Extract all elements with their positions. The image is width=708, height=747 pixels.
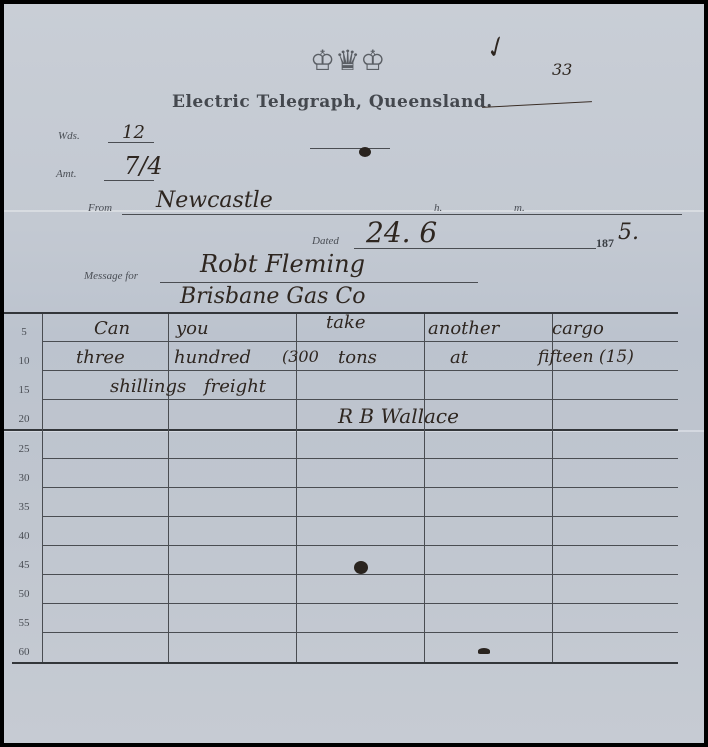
row-number: 25 <box>10 443 38 455</box>
recipient-org: Brisbane Gas Co <box>180 284 365 309</box>
grid-rule <box>42 487 678 488</box>
grid-column-rule <box>42 314 43 662</box>
amount-rule <box>104 180 154 181</box>
ink-blot <box>354 561 368 574</box>
grid-rule <box>42 632 678 633</box>
ink-blot <box>359 147 371 157</box>
message-word: at <box>450 347 468 368</box>
message-word: another <box>428 318 499 339</box>
row-number: 5 <box>10 326 38 338</box>
row-number: 60 <box>10 646 38 658</box>
row-number: 15 <box>10 384 38 396</box>
crest-icon: ♔♛♔ <box>310 44 385 78</box>
amount-value: 7/4 <box>124 152 163 180</box>
grid-rule <box>42 399 678 400</box>
message-word: fifteen (15) <box>538 347 634 367</box>
row-number: 35 <box>10 501 38 513</box>
grid-column-rule <box>424 314 425 662</box>
grid-column-rule <box>296 314 297 662</box>
dated-value: 24. 6 <box>366 216 437 249</box>
row-number: 10 <box>10 355 38 367</box>
ink-blot <box>478 648 490 654</box>
grid-rule <box>42 545 678 546</box>
row-number: 40 <box>10 530 38 542</box>
grid-rule <box>42 603 678 604</box>
message-word: cargo <box>552 318 604 339</box>
message-word: (300 <box>282 347 319 366</box>
message-word: tons <box>338 347 377 368</box>
title-flourish <box>482 101 592 108</box>
message-word: shillings <box>110 376 186 397</box>
message-for-rule <box>160 282 478 283</box>
message-word: Can <box>94 318 130 339</box>
message-for-label: Message for <box>84 270 138 282</box>
recipient-name: Robt Fleming <box>200 250 365 278</box>
message-word: you <box>176 318 209 339</box>
grid-rule <box>42 516 678 517</box>
telegram-form: ♔♛♔ Electric Telegraph, Queensland. ✓ 33… <box>4 4 704 743</box>
dated-label: Dated <box>312 235 339 247</box>
grid-rule <box>4 429 678 431</box>
message-word: take <box>326 312 366 333</box>
message-word: hundred <box>174 347 251 368</box>
row-number: 50 <box>10 588 38 600</box>
signature: R B Wallace <box>338 404 459 428</box>
row-number: 45 <box>10 559 38 571</box>
amount-label: Amt. <box>56 168 76 180</box>
from-value: Newcastle <box>156 188 273 213</box>
row-number: 30 <box>10 472 38 484</box>
grid-rule <box>42 574 678 575</box>
decorative-rule <box>310 148 390 149</box>
corner-note: 33 <box>552 60 572 79</box>
row-number: 55 <box>10 617 38 629</box>
message-word: three <box>76 347 125 368</box>
grid-bottom-rule <box>12 662 678 664</box>
grid-rule <box>42 341 678 342</box>
form-title: Electric Telegraph, Queensland. <box>172 92 493 112</box>
year-prefix: 187 <box>596 236 614 251</box>
words-value: 12 <box>122 122 145 143</box>
from-rule <box>122 214 682 215</box>
grid-rule <box>42 370 678 371</box>
grid-column-rule <box>168 314 169 662</box>
row-number: 20 <box>10 413 38 425</box>
message-word: freight <box>204 376 266 397</box>
grid-rule <box>42 458 678 459</box>
hours-label: h. <box>434 202 442 214</box>
words-label: Wds. <box>58 130 80 142</box>
minutes-label: m. <box>514 202 525 214</box>
from-label: From <box>88 202 112 214</box>
corner-mark: ✓ <box>478 31 512 68</box>
year-suffix: 5. <box>618 220 639 245</box>
